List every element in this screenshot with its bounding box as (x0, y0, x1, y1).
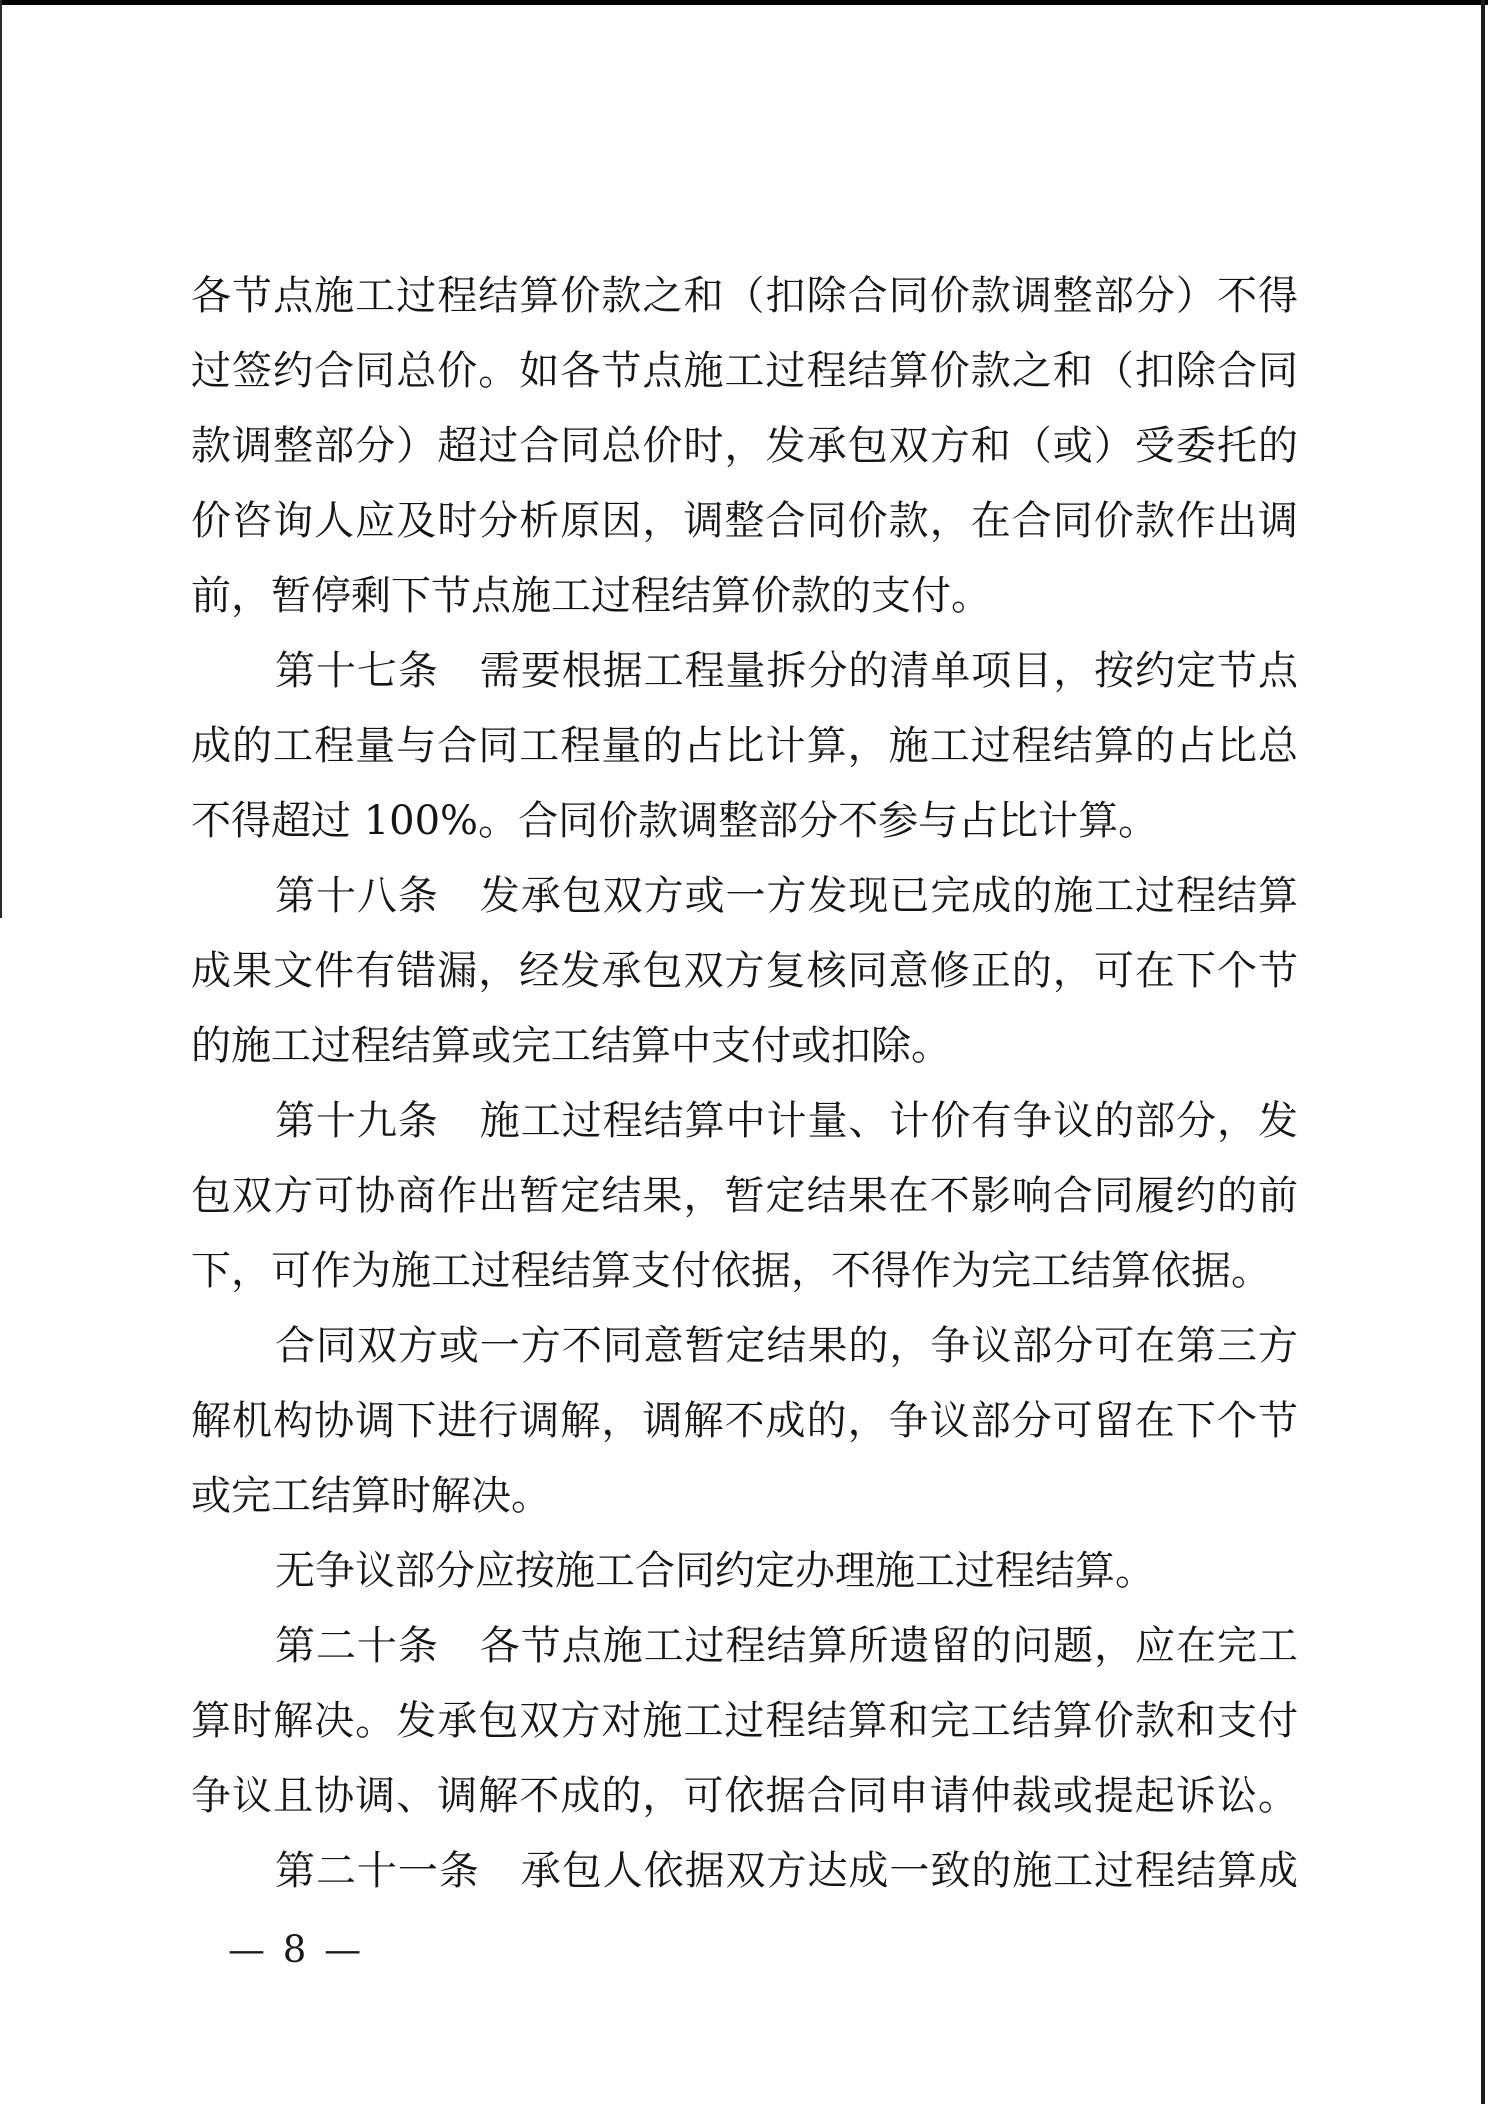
doc-line-article-20: 第二十条 各节点施工过程结算所遗留的问题，应在完工结 (191, 1609, 1298, 1684)
scan-border-top (0, 0, 1488, 5)
doc-line-article-19: 第十九条 施工过程结算中计量、计价有争议的部分，发承 (191, 1084, 1298, 1159)
doc-line: 的施工过程结算或完工结算中支付或扣除。 (191, 1009, 1298, 1084)
doc-line: 下，可作为施工过程结算支付依据，不得作为完工结算依据。 (191, 1234, 1298, 1309)
doc-line: 或完工结算时解决。 (191, 1459, 1298, 1534)
doc-line: 成的工程量与合同工程量的占比计算，施工过程结算的占比总和 (191, 709, 1298, 784)
page-number: — 8 — (228, 1922, 364, 1978)
doc-line: 价咨询人应及时分析原因，调整合同价款，在合同价款作出调整 (191, 484, 1298, 559)
doc-line: 合同双方或一方不同意暂定结果的，争议部分可在第三方调 (191, 1309, 1298, 1384)
doc-line: 过签约合同总价。如各节点施工过程结算价款之和（扣除合同价 (191, 334, 1298, 409)
doc-line: 各节点施工过程结算价款之和（扣除合同价款调整部分）不得超 (191, 259, 1298, 334)
doc-line-article-17: 第十七条 需要根据工程量拆分的清单项目，按约定节点完 (191, 634, 1298, 709)
document-body: 各节点施工过程结算价款之和（扣除合同价款调整部分）不得超 过签约合同总价。如各节… (191, 259, 1298, 1909)
doc-line: 无争议部分应按施工合同约定办理施工过程结算。 (191, 1534, 1298, 1609)
doc-line-article-18: 第十八条 发承包双方或一方发现已完成的施工过程结算 (191, 859, 1298, 934)
doc-line: 算时解决。发承包双方对施工过程结算和完工结算价款和支付有 (191, 1684, 1298, 1759)
doc-line: 不得超过 100%。合同价款调整部分不参与占比计算。 (191, 784, 1298, 859)
doc-line: 解机构协调下进行调解，调解不成的，争议部分可留在下个节点 (191, 1384, 1298, 1459)
doc-line: 包双方可协商作出暂定结果，暂定结果在不影响合同履约的前提 (191, 1159, 1298, 1234)
doc-line: 前，暂停剩下节点施工过程结算价款的支付。 (191, 559, 1298, 634)
doc-line: 成果文件有错漏，经发承包双方复核同意修正的，可在下个节点 (191, 934, 1298, 1009)
doc-line-article-21: 第二十一条 承包人依据双方达成一致的施工过程结算成 (191, 1834, 1298, 1909)
document-page: 各节点施工过程结算价款之和（扣除合同价款调整部分）不得超 过签约合同总价。如各节… (0, 0, 1488, 2104)
scan-border-right (1481, 0, 1485, 2104)
doc-line: 款调整部分）超过合同总价时，发承包双方和（或）受委托的造 (191, 409, 1298, 484)
doc-line: 争议且协调、调解不成的，可依据合同申请仲裁或提起诉讼。 (191, 1759, 1298, 1834)
scan-border-left (0, 0, 2, 918)
